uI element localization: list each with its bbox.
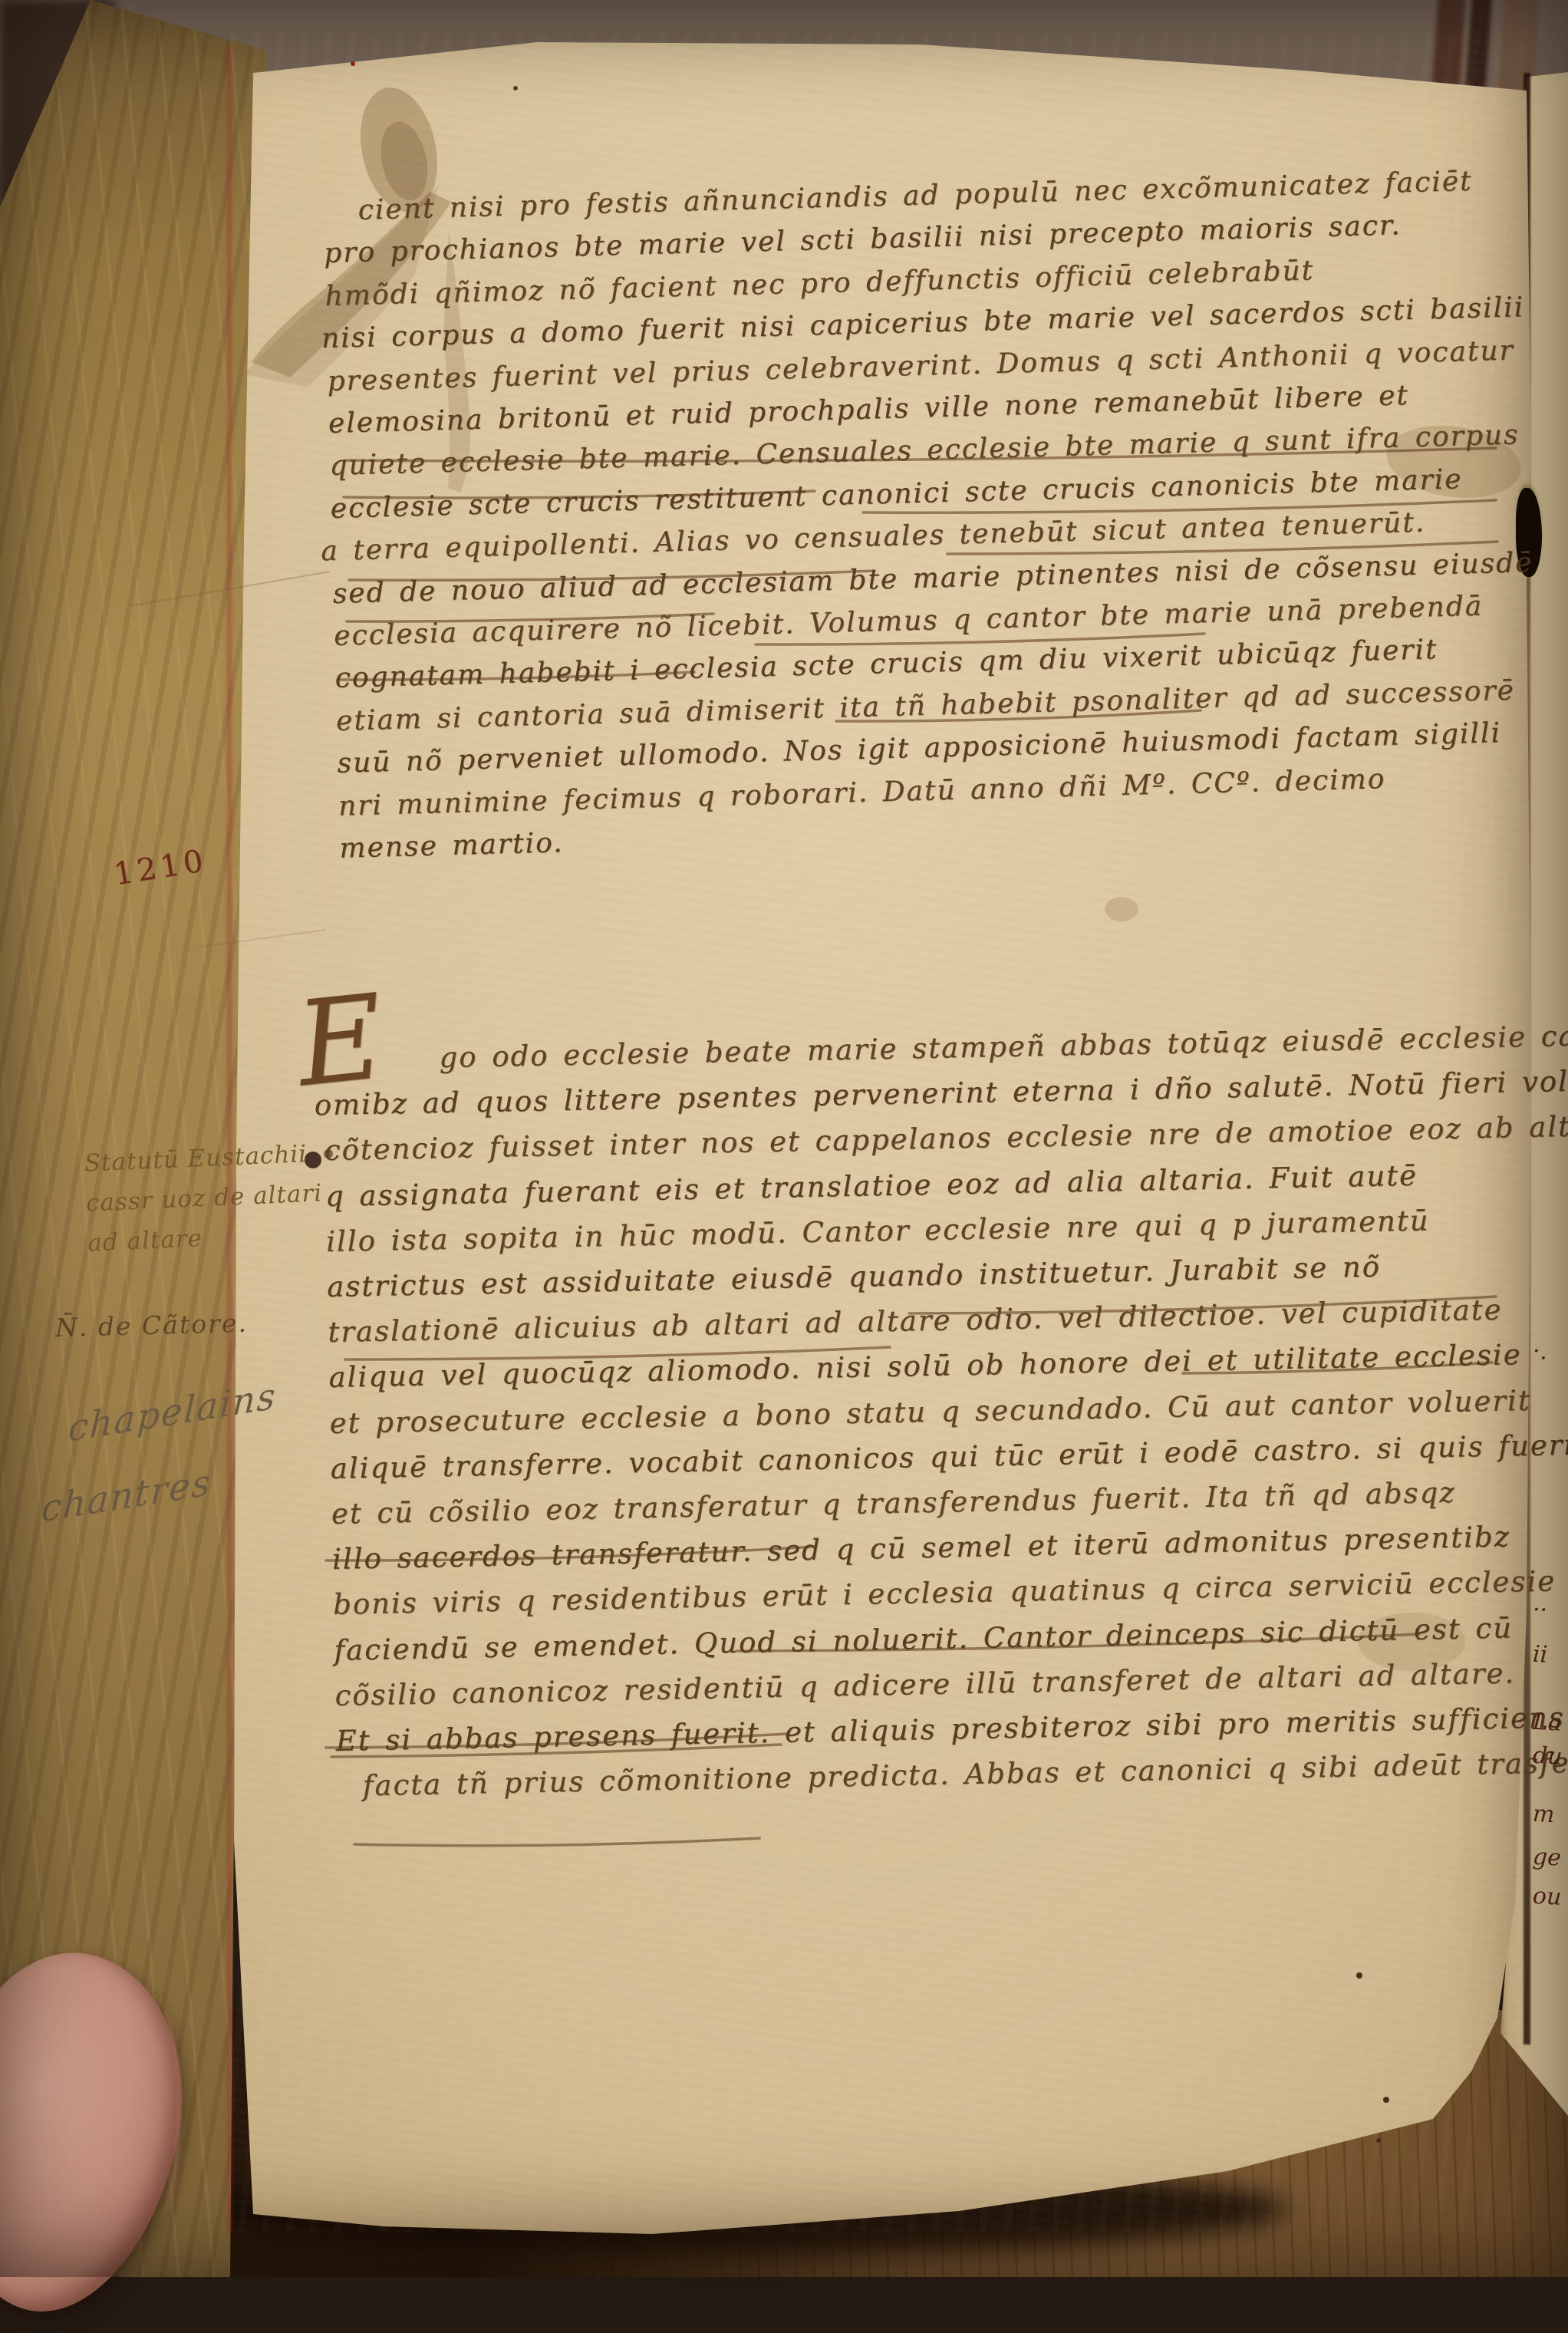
marginal-french-note: chapelainschantres: [40, 1358, 279, 1548]
marginal-year-note: 1210: [111, 843, 209, 892]
edge-text-fragment: ii: [1532, 1641, 1568, 1669]
edge-text-fragment: ou: [1532, 1883, 1568, 1911]
edge-text-fragment: du: [1532, 1742, 1568, 1771]
marginal-statute-note: Statutū Eustachiicassr uoz de altariad a…: [84, 1133, 325, 1263]
edge-text-fragment: ··: [1532, 1597, 1568, 1625]
marginal-cantor-note: N̄. de Cãtore.: [55, 1308, 249, 1343]
text-layer: cient nisi pro festis añnunciandis ad po…: [0, 0, 1568, 2277]
manuscript-photo: cient nisi pro festis añnunciandis ad po…: [0, 0, 1568, 2277]
edge-text-fragment: m: [1532, 1801, 1568, 1829]
latin-text-paragraph-1: cient nisi pro festis añnunciandis ad po…: [322, 160, 1521, 871]
latin-text-paragraph-2: go odo ecclesie beate marie stampeñ abba…: [322, 1014, 1541, 1809]
edge-text-fragment: La: [1532, 1709, 1568, 1737]
edge-text-fragment: ge: [1532, 1844, 1568, 1872]
edge-text-fragment: ·.: [1532, 1338, 1568, 1366]
